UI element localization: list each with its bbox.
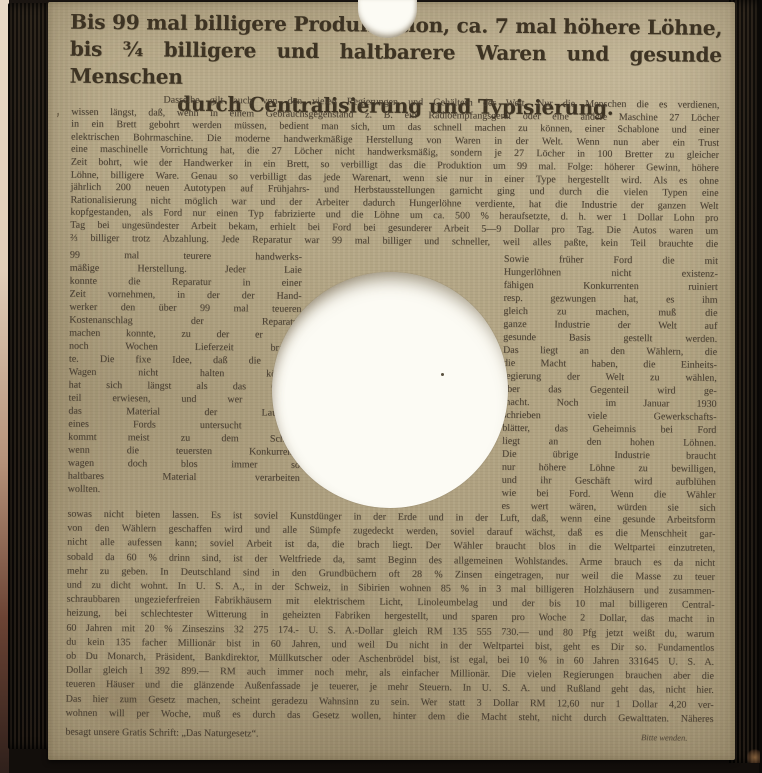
headline-line1-left: Bis 99 mal billigere Produk [70,9,374,39]
scanned-record-sleeve: , Bis 99 mal billigere Produk tion, ca. … [0,0,762,773]
text-line: haltbares Material verarbeiten [68,470,300,485]
dust-speck [441,373,444,376]
left-column: 99 mal teurere handwerks-mäßige Herstell… [68,249,302,511]
paragraph-bottom: sowas nicht bieten lassen. Es ist soviel… [65,508,715,746]
paragraph-top: Dasselbe gilt auch von den vielen Regier… [70,94,719,251]
closing-line: besagt unsere Gratis Schrift: „Das Natur… [65,726,258,742]
turn-over-note: Bitte wenden. [641,730,687,745]
bottom-right-corner-wear [747,749,760,763]
center-hole-cutout [272,272,508,508]
paragraph-bottom-lines: sowas nicht bieten lassen. Es ist soviel… [65,508,715,727]
right-column: Sowie früher Ford die mitHungerlöhnen ni… [501,253,717,515]
headline-line-2: bis ¾ billigere und haltbarere Waren und… [70,36,722,96]
headline-line1-right: tion, ca. 7 mal höhere Löhne, [399,12,722,42]
sleeve-paper: , Bis 99 mal billigere Produk tion, ca. … [48,2,735,760]
text-line: wollten. [68,483,300,498]
closing-row: besagt unsere Gratis Schrift: „Das Natur… [65,725,713,746]
